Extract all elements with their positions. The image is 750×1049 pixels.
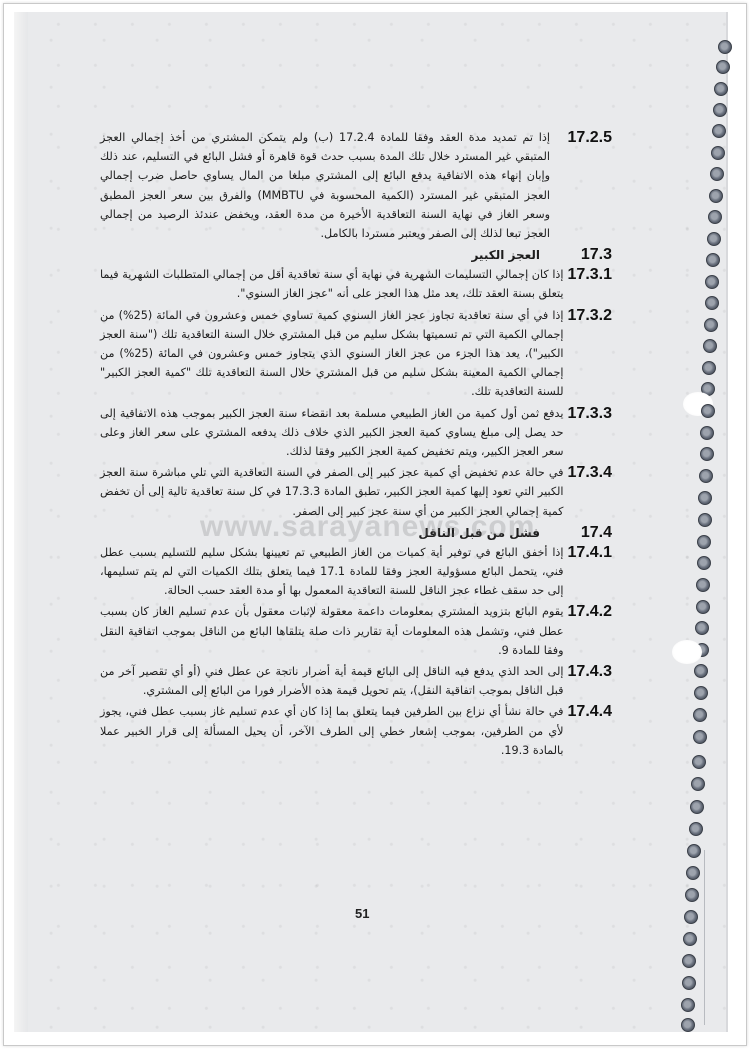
clause-number: 17.2.5 [554,128,612,147]
clause-text: إذا أخفق البائع في توفير أية كميات من ال… [100,543,564,601]
page-right-edge [726,12,728,1032]
section-title: العجز الكبير [471,248,540,262]
clause-text: في حالة نشأ أي نزاع بين الطرفين فيما يتع… [100,702,564,760]
page-number: 51 [355,906,369,921]
clause-17-3-3: 17.3.3 يدفع ثمن أول كمية من الغاز الطبيع… [100,404,612,462]
clause-text: إذا كان إجمالي التسليمات الشهرية في نهاي… [100,265,564,303]
document-body: 17.2.5 إذا تم تمديد مدة العقد وفقا للماد… [100,128,612,762]
clause-text: يقوم البائع بتزويد المشتري بمعلومات داعم… [100,602,564,660]
clause-number: 17.4.2 [568,602,612,621]
page-left-edge [14,12,28,1032]
clause-17-3-1: 17.3.1 إذا كان إجمالي التسليمات الشهرية … [100,265,612,303]
clause-17-4-4: 17.4.4 في حالة نشأ أي نزاع بين الطرفين ف… [100,702,612,760]
section-title: فشل من قبل الناقل [418,526,540,540]
section-number: 17.4 [554,523,612,542]
clause-number: 17.3.1 [568,265,612,284]
clause-text: إذا تم تمديد مدة العقد وفقا للمادة 17.2.… [100,128,550,243]
clause-17-3-4: 17.3.4 في حالة عدم تخفيض أي كمية عجز كبي… [100,463,612,521]
clause-text: إذا في أي سنة تعاقدية تجاوز عجز الغاز ال… [100,306,564,402]
clause-17-4-2: 17.4.2 يقوم البائع بتزويد المشتري بمعلوم… [100,602,612,660]
clause-text: في حالة عدم تخفيض أي كمية عجز كبير إلى ا… [100,463,564,521]
clause-number: 17.3.3 [568,404,612,423]
section-heading-17-3: 17.3 العجز الكبير [100,245,612,264]
clause-17-2-5: 17.2.5 إذا تم تمديد مدة العقد وفقا للماد… [100,128,612,243]
clause-number: 17.3.2 [568,306,612,325]
clause-17-4-3: 17.4.3 إلى الحد الذي يدفع فيه الناقل إلى… [100,662,612,700]
section-heading-17-4: 17.4 فشل من قبل الناقل [100,523,612,542]
clause-text: إلى الحد الذي يدفع فيه الناقل إلى البائع… [100,662,564,700]
clause-number: 17.4.4 [568,702,612,721]
scan-artifact-line [704,850,705,1025]
clause-text: يدفع ثمن أول كمية من الغاز الطبيعي مسلمة… [100,404,564,462]
section-number: 17.3 [554,245,612,264]
clause-number: 17.4.3 [568,662,612,681]
clause-number: 17.3.4 [568,463,612,482]
clause-17-4-1: 17.4.1 إذا أخفق البائع في توفير أية كميا… [100,543,612,601]
clause-number: 17.4.1 [568,543,612,562]
clause-17-3-2: 17.3.2 إذا في أي سنة تعاقدية تجاوز عجز ا… [100,306,612,402]
